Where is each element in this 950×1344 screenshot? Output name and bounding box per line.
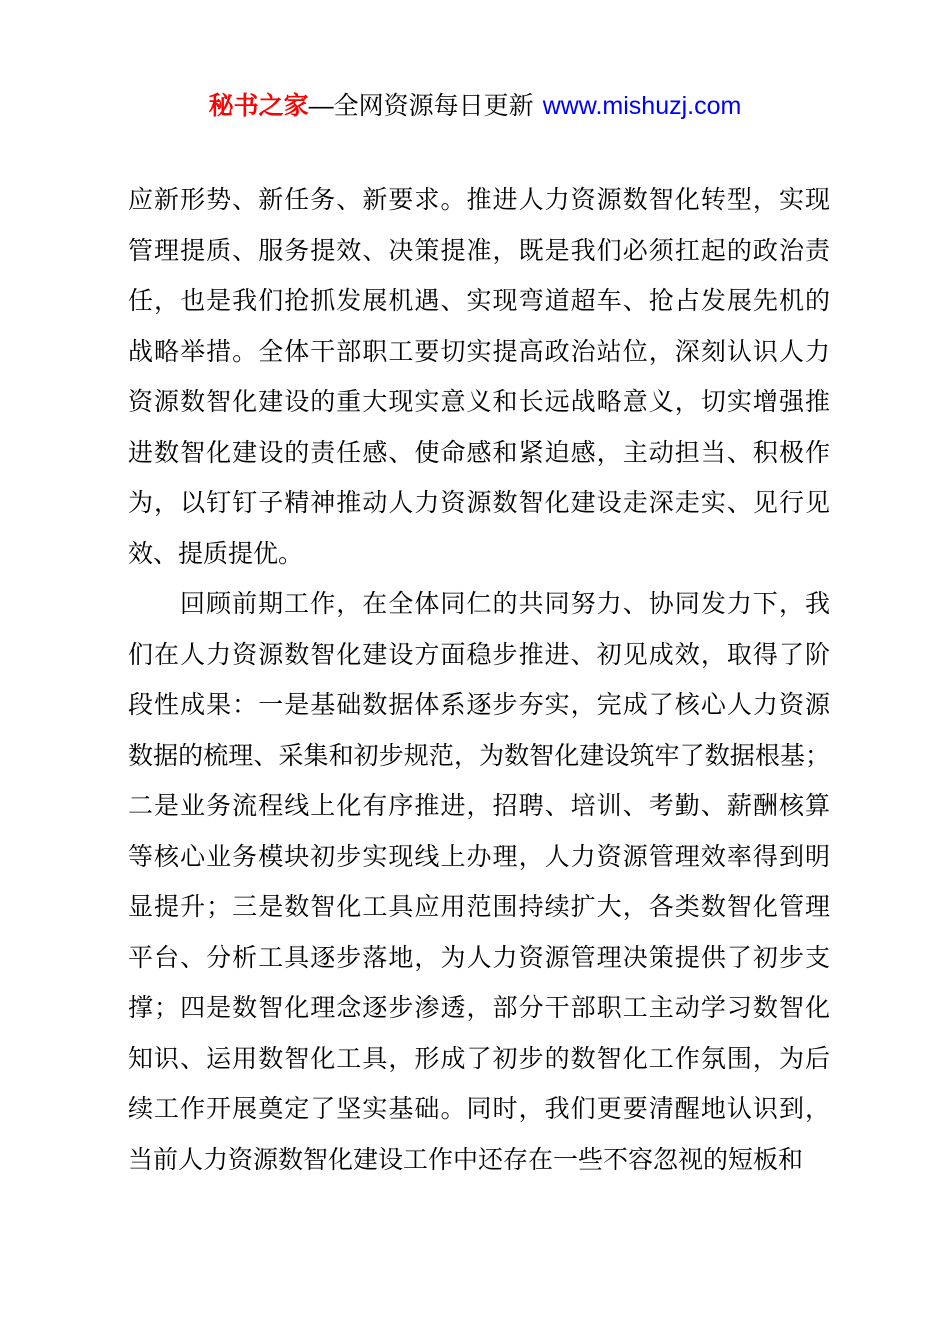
text-line: 续工作开展奠定了坚实基础。同时，我们更要清醒地认识到， (128, 1084, 830, 1135)
paragraph: 回顾前期工作，在全体同仁的共同努力、协同发力下，我们在人力资源数智化建设方面稳步… (128, 579, 830, 1185)
text-line: 管理提质、服务提效、决策提准，既是我们必须扛起的政治责 (128, 226, 830, 277)
text-line: 回顾前期工作，在全体同仁的共同努力、协同发力下，我 (128, 579, 830, 630)
header-site-url[interactable]: www.mishuzj.com (543, 92, 742, 120)
text-line: 资源数智化建设的重大现实意义和长远战略意义，切实增强推 (128, 377, 830, 428)
text-line: 战略举措。全体干部职工要切实提高政治站位，深刻认识人力 (128, 327, 830, 378)
text-line: 二是业务流程线上化有序推进，招聘、培训、考勤、薪酬核算 (128, 781, 830, 832)
document-page: 秘书之家—全网资源每日更新www.mishuzj.com 应新形势、新任务、新要… (0, 0, 950, 1344)
text-line: 撑；四是数智化理念逐步渗透，部分干部职工主动学习数智化 (128, 983, 830, 1034)
paragraph: 应新形势、新任务、新要求。推进人力资源数智化转型，实现管理提质、服务提效、决策提… (128, 175, 830, 579)
site-name: 秘书之家 (209, 92, 309, 120)
text-line: 效、提质提优。 (128, 529, 830, 580)
text-line: 数据的梳理、采集和初步规范，为数智化建设筑牢了数据根基； (128, 731, 830, 782)
document-body: 应新形势、新任务、新要求。推进人力资源数智化转型，实现管理提质、服务提效、决策提… (128, 175, 830, 1185)
text-line: 进数智化建设的责任感、使命感和紧迫感，主动担当、积极作 (128, 428, 830, 479)
text-line: 等核心业务模块初步实现线上办理，人力资源管理效率得到明 (128, 832, 830, 883)
text-line: 知识、运用数智化工具，形成了初步的数智化工作氛围，为后 (128, 1034, 830, 1085)
text-line: 显提升；三是数智化工具应用范围持续扩大，各类数智化管理 (128, 882, 830, 933)
text-line: 段性成果：一是基础数据体系逐步夯实，完成了核心人力资源 (128, 680, 830, 731)
text-line: 应新形势、新任务、新要求。推进人力资源数智化转型，实现 (128, 175, 830, 226)
text-line: 平台、分析工具逐步落地，为人力资源管理决策提供了初步支 (128, 933, 830, 984)
text-line: 任，也是我们抢抓发展机遇、实现弯道超车、抢占发展先机的 (128, 276, 830, 327)
header-tagline: —全网资源每日更新 (309, 92, 534, 120)
text-line: 当前人力资源数智化建设工作中还存在一些不容忽视的短板和 (128, 1135, 830, 1186)
text-line: 为，以钉钉子精神推动人力资源数智化建设走深走实、见行见 (128, 478, 830, 529)
text-line: 们在人力资源数智化建设方面稳步推进、初见成效，取得了阶 (128, 630, 830, 681)
page-header: 秘书之家—全网资源每日更新www.mishuzj.com (0, 86, 950, 126)
